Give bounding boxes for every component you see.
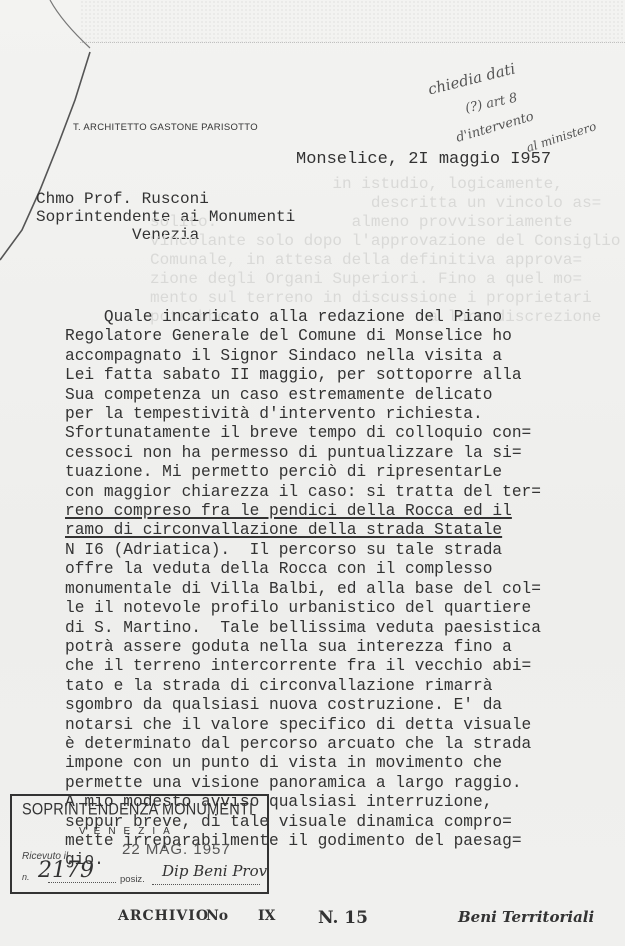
body-line: monumentale di Villa Balbi, ed alla base… (65, 580, 610, 599)
body-line: notarsi che il valore specifico di detta… (65, 716, 610, 735)
bleed-line: zione degli Organi Superiori. Fino a que… (150, 270, 620, 289)
stamp-position-value: Dip Beni Prov (162, 862, 267, 880)
document-page: T. ARCHITETTO GASTONE PARISOTTO chiedia … (0, 0, 625, 946)
archive-part: IX (258, 908, 275, 924)
bleed-line: in istudio, logicamente, (150, 175, 620, 194)
received-stamp: SOPRINTENDENZA MONUMENTI VENEZIA Ricevut… (10, 794, 269, 894)
bleed-line: vincolante solo dopo l'approvazione del … (150, 232, 620, 251)
bleed-line: solito. almeno provvisoriamente (150, 213, 620, 232)
body-line: Quale incaricato alla redazione del Pian… (65, 308, 610, 327)
body-line: potrà assere goduta nella sua interezza … (65, 638, 610, 657)
body-line: tuazione. Mi permetto perciò di ripresen… (65, 463, 610, 482)
archive-part: Beni Territoriali (458, 908, 594, 926)
stamp-title: SOPRINTENDENZA MONUMENTI (22, 801, 253, 819)
body-line: permette una visione panoramica a largo … (65, 774, 610, 793)
body-line: Sua competenza un caso estremamente deli… (65, 386, 610, 405)
body-line: impone con un punto di vista in moviment… (65, 754, 610, 773)
dateline: Monselice, 2I maggio I957 (296, 150, 551, 169)
stamp-dotted-line (152, 884, 260, 885)
body-line: con maggior chiarezza il caso: si tratta… (65, 483, 610, 502)
body-line: Regolatore Generale del Comune di Monsel… (65, 327, 610, 346)
stamp-received-date: 22 MAG. 1957 (122, 841, 231, 858)
body-line: Sfortunatamente il breve tempo di colloq… (65, 424, 610, 443)
letterhead: T. ARCHITETTO GASTONE PARISOTTO (73, 122, 258, 133)
stamp-number-label: n. (22, 872, 30, 882)
stamp-dotted-line (48, 882, 116, 883)
handwritten-note: chiedia dati (?) art 8 d'intervento al m… (415, 66, 620, 156)
archive-part: ARCHIVIO (118, 908, 209, 924)
body-line: offre la veduta della Rocca con il compl… (65, 560, 610, 579)
body-line: Lei fatta sabato II maggio, per sottopor… (65, 366, 610, 385)
body-line: che il terreno intercorrente fra il vecc… (65, 657, 610, 676)
stamp-position-label: posiz. (120, 874, 145, 885)
body-line: le il notevole profilo urbanistico del q… (65, 599, 610, 618)
archive-part: No (206, 908, 228, 924)
bleed-line: descritta un vincolo as= (150, 194, 620, 213)
body-line: sgombro da qualsiasi nuova costruzione. … (65, 696, 610, 715)
letter-body: Quale incaricato alla redazione del Pian… (65, 308, 610, 871)
photocopy-speckle-band (80, 0, 625, 43)
handnote-line: (?) art 8 (464, 91, 519, 117)
bleed-line: Comunale, in attesa della definitiva app… (150, 251, 620, 270)
body-line: N I6 (Adriatica). Il percorso su tale st… (65, 541, 610, 560)
body-line: reno compreso fra le pendici della Rocca… (65, 502, 610, 521)
body-line: cessoci non ha permesso di puntualizzare… (65, 444, 610, 463)
archive-part: N. 15 (318, 908, 368, 928)
bleed-line: mento sul terreno in discussione i propr… (150, 289, 620, 308)
body-line: di S. Martino. Tale bellissima veduta pa… (65, 619, 610, 638)
stamp-number-value: 2179 (38, 858, 94, 883)
body-line: è determinato dal percorso arcuato che l… (65, 735, 610, 754)
body-line: ramo di circonvallazione della strada St… (65, 521, 610, 540)
body-line: tato e la strada di circonvallazione rim… (65, 677, 610, 696)
body-line: accompagnato il Signor Sindaco nella vis… (65, 347, 610, 366)
stamp-city: VENEZIA (79, 826, 178, 837)
body-line: per la tempestività d'intervento richies… (65, 405, 610, 424)
archive-stamp: ARCHIVIO No IX N. 15 Beni Territoriali (88, 908, 625, 938)
bleed-through-text: in istudio, logicamente, descritta un vi… (150, 175, 620, 327)
